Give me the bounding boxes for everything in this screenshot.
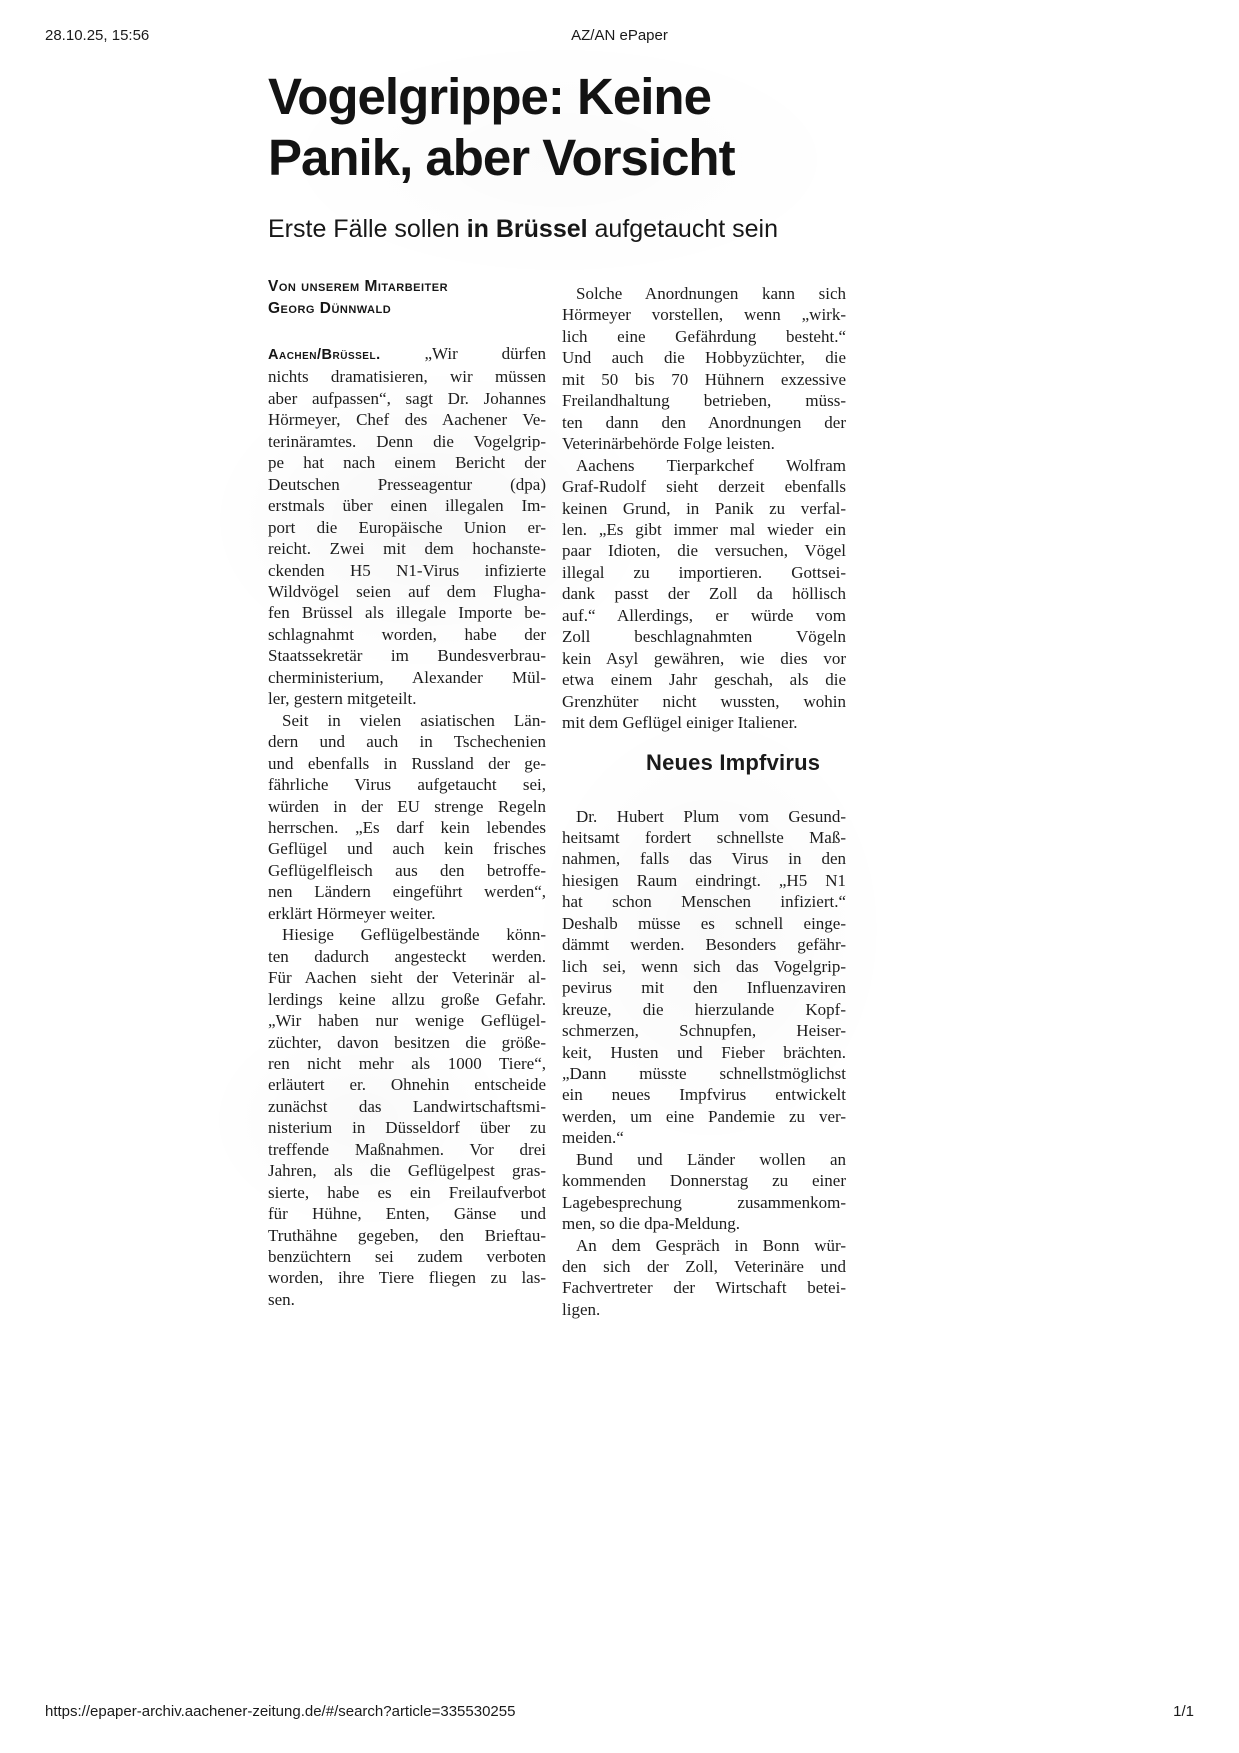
right-column-bottom-paragraphs: Dr. Hubert Plum vom Gesund-heitsamt ford… (562, 806, 846, 1321)
text-line: „Wir haben nur wenige Geflügel- (268, 1010, 546, 1031)
text-line: hiesigen Raum eindringt. „H5 N1 (562, 870, 846, 891)
text-line: erstmals über einen illegalen Im- (268, 495, 546, 516)
text-line: pe hat nach einem Bericht der (268, 452, 546, 473)
text-line: Truthähne gegeben, den Brieftau- (268, 1225, 546, 1246)
text-line: mit dem Geflügel einiger Italiener. (562, 712, 846, 733)
byline-line-1: Von unserem Mitarbeiter (268, 276, 548, 298)
text-line: Bund und Länder wollen an (562, 1149, 846, 1170)
section-heading: Neues Impfvirus (562, 748, 846, 778)
text-line: Jahren, als die Geflügelpest gras- (268, 1160, 546, 1181)
byline-line-2: Georg Dünnwald (268, 298, 548, 320)
text-line: Für Aachen sieht der Veterinär al- (268, 967, 546, 988)
text-line: keit, Husten und Fieber brächten. (562, 1042, 846, 1063)
article-byline: Von unserem Mitarbeiter Georg Dünnwald (268, 276, 548, 320)
text-line: Und auch die Hobbyzüchter, die (562, 347, 846, 368)
subtitle-text: Erste Fälle sollen (268, 215, 467, 243)
text-line: kein Asyl gewähren, wie dies vor (562, 648, 846, 669)
subtitle-text: aufgetaucht sein (588, 215, 778, 243)
text-line: Graf-Rudolf sieht derzeit ebenfalls (562, 476, 846, 497)
text-line: Deshalb müsse es schnell einge- (562, 913, 846, 934)
text-line: Hörmeyer, Chef des Aachener Ve- (268, 409, 546, 430)
text-line: An dem Gespräch in Bonn wür- (562, 1235, 846, 1256)
text-line: den sich der Zoll, Veterinäre und (562, 1256, 846, 1277)
text-line: ein neues Impfvirus entwickelt (562, 1084, 846, 1105)
text-line: zunächst das Landwirtschaftsmi- (268, 1096, 546, 1117)
text-line: ten dadurch angesteckt werden. (268, 946, 546, 967)
text-line: schmerzen, Schnupfen, Heiser- (562, 1020, 846, 1041)
text-line: Hörmeyer vorstellen, wenn „wirk- (562, 304, 846, 325)
text-line: nisterium in Düsseldorf über zu (268, 1117, 546, 1138)
text-line: Geflügel und auch kein frisches (268, 838, 546, 859)
text-line: Fachvertreter der Wirtschaft betei- (562, 1277, 846, 1298)
text-line: reicht. Zwei mit dem hochanste- (268, 538, 546, 559)
text-line: heitsamt fordert schnellste Maß- (562, 827, 846, 848)
paragraph: Seit in vielen asiatischen Län-dern und … (268, 710, 546, 925)
text-line: lerdings keine allzu große Gefahr. (268, 989, 546, 1010)
text-line: herrschen. „Es darf kein lebendes (268, 817, 546, 838)
text-line: Geflügelfleisch aus den betroffe- (268, 860, 546, 881)
text-line: nen Ländern eingeführt werden“, (268, 881, 546, 902)
text-line: men, so die dpa-Meldung. (562, 1213, 846, 1234)
paragraph: An dem Gespräch in Bonn wür-den sich der… (562, 1235, 846, 1321)
text-line: ten dann den Anordnungen der (562, 412, 846, 433)
text-line: cherministerium, Alexander Mül- (268, 667, 546, 688)
text-line: Lagebesprechung zusammenkom- (562, 1192, 846, 1213)
article-subtitle: Erste Fälle sollen in Brüssel aufgetauch… (268, 214, 868, 244)
text-line: pevirus mit den Influenzaviren (562, 977, 846, 998)
text-line: Staatssekretär im Bundesverbrau- (268, 645, 546, 666)
paragraph: Dr. Hubert Plum vom Gesund-heitsamt ford… (562, 806, 846, 1149)
text-line: dämmt werden. Besonders gefähr- (562, 934, 846, 955)
text-line: len. „Es gibt immer mal wieder ein (562, 519, 846, 540)
text-line: ckenden H5 N1-Virus infizierte (268, 560, 546, 581)
text-line: paar Idioten, die versuchen, Vögel (562, 540, 846, 561)
headline-line-2: Panik, aber Vorsicht (268, 127, 868, 188)
paragraph: Hiesige Geflügelbestände könn-ten dadurc… (268, 924, 546, 1310)
text-line: Seit in vielen asiatischen Län- (268, 710, 546, 731)
text-line: züchter, davon besitzen die größe- (268, 1032, 546, 1053)
text-line: ler, gestern mitgeteilt. (268, 688, 546, 709)
text-line: terinäramtes. Denn die Vogelgrip- (268, 431, 546, 452)
text-line: dern und auch in Tschechenien (268, 731, 546, 752)
text-line: lich eine Gefährdung besteht.“ (562, 326, 846, 347)
paragraph: Aachens Tierparkchef WolframGraf-Rudolf … (562, 455, 846, 734)
article-column-right: Solche Anordnungen kann sichHörmeyer vor… (562, 283, 846, 1320)
text-line: Hiesige Geflügelbestände könn- (268, 924, 546, 945)
paragraph: Aachen/Brüssel. „Wir dürfennichts dramat… (268, 343, 546, 710)
text-line: fährliche Virus aufgetaucht sei, (268, 774, 546, 795)
article-headline: Vogelgrippe: Keine Panik, aber Vorsicht (268, 66, 868, 188)
text-line: meiden.“ (562, 1127, 846, 1148)
headline-line-1: Vogelgrippe: Keine (268, 66, 868, 127)
text-line: Dr. Hubert Plum vom Gesund- (562, 806, 846, 827)
text-line: ren nicht mehr als 1000 Tiere“, (268, 1053, 546, 1074)
text-line: keinen Grund, in Panik zu verfal- (562, 498, 846, 519)
text-line: Freilandhaltung betrieben, müss- (562, 390, 846, 411)
footer-page-indicator: 1/1 (1173, 1703, 1194, 1720)
subtitle-bold-text: in Brüssel (467, 215, 588, 243)
text-line: etwa einem Jahr geschah, als die (562, 669, 846, 690)
text-line: port die Europäische Union er- (268, 517, 546, 538)
text-line: aber aufpassen“, sagt Dr. Johannes (268, 388, 546, 409)
text-line: für Hühne, Enten, Gänse und (268, 1203, 546, 1224)
text-line: Deutschen Presseagentur (dpa) (268, 474, 546, 495)
text-line: erläutert er. Ohnehin entscheide (268, 1074, 546, 1095)
text-line: sierte, habe es ein Freilaufverbot (268, 1182, 546, 1203)
text-line: benzüchtern sei zudem verboten (268, 1246, 546, 1267)
text-line: hat schon Menschen infiziert.“ (562, 891, 846, 912)
footer-url: https://epaper-archiv.aachener-zeitung.d… (45, 1703, 515, 1720)
text-line: sen. (268, 1289, 546, 1310)
dateline: Aachen/Brüssel. (268, 347, 381, 363)
text-line: auf.“ Allerdings, er würde vom (562, 605, 846, 626)
text-line: dank passt der Zoll da höllisch (562, 583, 846, 604)
text-line: kommenden Donnerstag zu einer (562, 1170, 846, 1191)
text-line: Zoll beschlagnahmten Vögeln (562, 626, 846, 647)
text-line: Wildvögel seien auf dem Flugha- (268, 581, 546, 602)
text-line: lich sei, wenn sich das Vogelgrip- (562, 956, 846, 977)
text-line: fen Brüssel als illegale Importe be- (268, 602, 546, 623)
text-line: schlagnahmt worden, habe der (268, 624, 546, 645)
text-line: „Dann müsste schnellstmöglichst (562, 1063, 846, 1084)
text-line: würden in der EU strenge Regeln (268, 796, 546, 817)
text-line: und ebenfalls in Russland der ge- (268, 753, 546, 774)
text-line: nahmen, falls das Virus in den (562, 848, 846, 869)
paragraph: Solche Anordnungen kann sichHörmeyer vor… (562, 283, 846, 455)
text-line: Aachens Tierparkchef Wolfram (562, 455, 846, 476)
text-line: treffende Maßnahmen. Vor drei (268, 1139, 546, 1160)
text-line: Veterinärbehörde Folge leisten. (562, 433, 846, 454)
text-line: Aachen/Brüssel. „Wir dürfen (268, 343, 546, 366)
text-line: mit 50 bis 70 Hühnern exzessive (562, 369, 846, 390)
article-column-left: Aachen/Brüssel. „Wir dürfennichts dramat… (268, 343, 546, 1310)
text-line: werden, um eine Pandemie zu ver- (562, 1106, 846, 1127)
text-line: kreuze, die hierzulande Kopf- (562, 999, 846, 1020)
header-epaper-title: AZ/AN ePaper (0, 27, 1239, 44)
text-line: Solche Anordnungen kann sich (562, 283, 846, 304)
text-line: erklärt Hörmeyer weiter. (268, 903, 546, 924)
right-column-top-paragraphs: Solche Anordnungen kann sichHörmeyer vor… (562, 283, 846, 734)
text-line: nichts dramatisieren, wir müssen (268, 366, 546, 387)
text-line: ligen. (562, 1299, 846, 1320)
text-line: illegal zu importieren. Gottsei- (562, 562, 846, 583)
paragraph: Bund und Länder wollen ankommenden Donne… (562, 1149, 846, 1235)
text-line: Grenzhüter nicht wussten, wohin (562, 691, 846, 712)
text-line: worden, ihre Tiere fliegen zu las- (268, 1267, 546, 1288)
